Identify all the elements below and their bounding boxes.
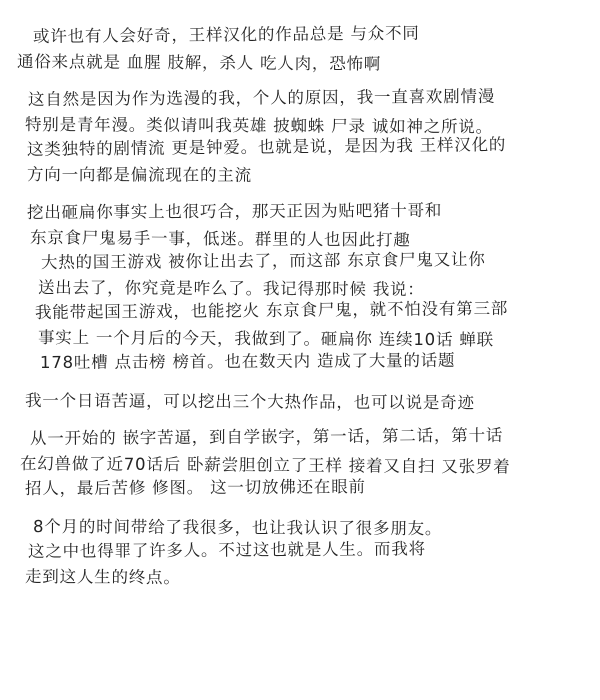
paragraph-intro: 或许也有人会好奇，王样汉化的作品总是 与众不同 通俗来点就是 血腥 肢解，杀人 …: [0, 24, 600, 74]
text-line: 挖出砸扁你事实上也很巧合，那天正因为贴吧猪十哥和: [27, 197, 600, 225]
text-line: 这之中也得罪了许多人。不过这也就是人生。而我将: [28, 535, 600, 564]
text-line: 招人，最后苦修 修图。 这一切放佛还在眼前: [25, 473, 600, 501]
text-line: 走到这人生的终点。: [25, 564, 600, 593]
paragraph-story: 挖出砸扁你事实上也很巧合，那天正因为贴吧猪十哥和 东京食尸鬼易手一事，低迷。群里…: [0, 200, 600, 375]
handwritten-note-page: 或许也有人会好奇，王样汉化的作品总是 与众不同 通俗来点就是 血腥 肢解，杀人 …: [0, 0, 600, 700]
text-line: 大热的国王游戏 被你让出去了，而这部 东京食尸鬼又让你: [41, 246, 600, 275]
note-body: 或许也有人会好奇，王样汉化的作品总是 与众不同 通俗来点就是 血腥 肢解，杀人 …: [0, 24, 600, 602]
paragraph-genre-preference: 这自然是因为作为选漫的我，个人的原因，我一直喜欢剧情漫 特别是青年漫。类似请叫我…: [0, 87, 600, 187]
text-line: 这类独特的剧情流 更是钟爱。也就是说，是因为我 王样汉化的: [27, 131, 600, 162]
text-line: 178吐槽 点击榜 榜首。也在数天内 造成了大量的话题: [40, 347, 600, 375]
text-line: 我能带起国王游戏，也能挖火 东京食尸鬼，就不怕没有第三部: [35, 295, 600, 325]
text-line: 我一个日语苦逼，可以挖出三个大热作品，也可以说是奇迹: [25, 388, 600, 416]
text-line: 或许也有人会好奇，王样汉化的作品总是 与众不同: [33, 19, 600, 49]
text-line: 从一开始的 嵌字苦逼，到自学嵌字，第一话，第二话，第十话: [30, 422, 600, 451]
text-line: 通俗来点就是 血腥 肢解，杀人 吃人肉，恐怖啊: [17, 49, 600, 78]
text-line: 方向一向都是偏流现在的主流: [27, 162, 600, 189]
paragraph-farewell: 8个月的时间带给了我很多，也让我认识了很多朋友。 这之中也得罪了许多人。不过这也…: [0, 514, 600, 589]
paragraph-miracle: 我一个日语苦逼，可以挖出三个大热作品，也可以说是奇迹: [0, 388, 600, 413]
text-line: 这自然是因为作为选漫的我，个人的原因，我一直喜欢剧情漫: [28, 83, 600, 112]
paragraph-history: 从一开始的 嵌字苦逼，到自学嵌字，第一话，第二话，第十话 在幻兽做了近70话后 …: [0, 426, 600, 501]
